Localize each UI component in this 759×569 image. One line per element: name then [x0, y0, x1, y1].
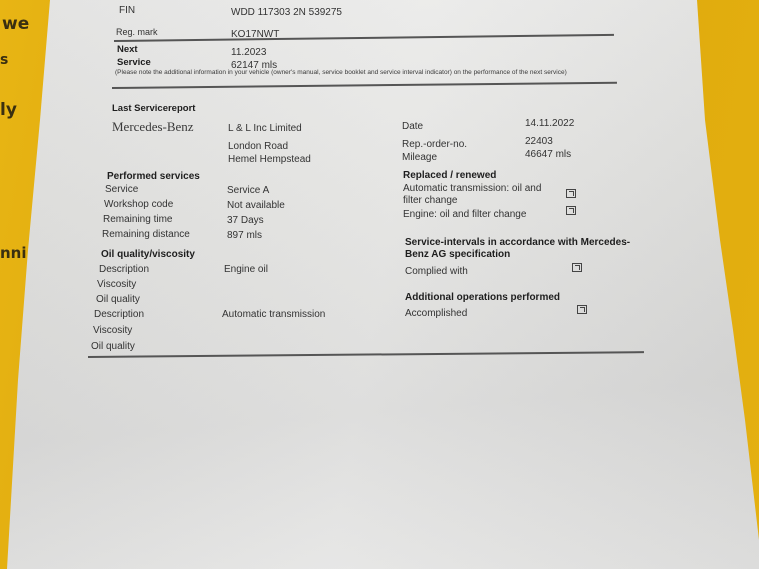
- additional-title: Additional operations performed: [405, 292, 560, 303]
- intervals-status: Complied with: [405, 266, 468, 277]
- order-number-label: Rep.-order-no.: [402, 139, 467, 150]
- next-service-note: (Please note the additional information …: [115, 69, 595, 77]
- service-report-document: FIN WDD 117303 2N 539275 Reg. mark KO17N…: [0, 0, 759, 569]
- reg-mark-label: Reg. mark: [116, 27, 158, 37]
- oil-label: Description: [99, 264, 149, 275]
- mercedes-benz-logo-text: Mercedes-Benz: [112, 119, 194, 135]
- mileage-value: 46647 mls: [525, 149, 571, 160]
- performed-value: Not available: [227, 200, 285, 211]
- last-service-title: Last Servicereport: [112, 103, 195, 114]
- oil-label: Viscosity: [93, 325, 132, 336]
- divider: [114, 34, 614, 42]
- oil-label: Description: [94, 309, 144, 320]
- performed-value: 897 mls: [227, 230, 262, 241]
- performed-label: Remaining time: [103, 214, 172, 225]
- oil-value: Engine oil: [224, 264, 268, 275]
- intervals-title-line1: Service-intervals in accordance with Mer…: [405, 237, 630, 248]
- oil-label: Viscosity: [97, 279, 136, 290]
- performed-label: Workshop code: [104, 199, 173, 210]
- next-service-date: 11.2023: [231, 47, 266, 58]
- oil-value: Automatic transmission: [222, 309, 325, 320]
- performed-value: 37 Days: [227, 215, 264, 226]
- checkbox-checked-icon: [566, 206, 576, 215]
- date-label: Date: [402, 121, 423, 132]
- dealer-street: London Road: [228, 141, 288, 152]
- service-label: Service: [117, 57, 151, 68]
- fin-value: WDD 117303 2N 539275: [231, 7, 342, 18]
- checkbox-checked-icon: [572, 263, 582, 272]
- performed-value: Service A: [227, 185, 269, 196]
- replaced-title: Replaced / renewed: [403, 170, 496, 181]
- order-number-value: 22403: [525, 136, 553, 147]
- fin-label: FIN: [119, 5, 135, 16]
- oil-title: Oil quality/viscosity: [101, 249, 195, 260]
- next-label: Next: [117, 44, 138, 55]
- dealer-name: L & L Inc Limited: [228, 123, 302, 134]
- intervals-title-line2: Benz AG specification: [405, 249, 510, 260]
- performed-label: Remaining distance: [102, 229, 190, 240]
- divider: [112, 82, 617, 89]
- divider: [88, 351, 644, 357]
- checkbox-checked-icon: [566, 189, 576, 198]
- replaced-item-line1: Engine: oil and filter change: [403, 209, 526, 220]
- dealer-town: Hemel Hempstead: [228, 154, 311, 165]
- oil-label: Oil quality: [96, 294, 140, 305]
- performed-services-title: Performed services: [107, 171, 200, 182]
- date-value: 14.11.2022: [525, 118, 574, 129]
- performed-label: Service: [105, 184, 138, 195]
- checkbox-checked-icon: [577, 305, 587, 314]
- oil-label: Oil quality: [91, 341, 135, 352]
- mileage-label: Mileage: [402, 152, 437, 163]
- additional-status: Accomplished: [405, 308, 467, 319]
- replaced-item-line2: filter change: [403, 195, 457, 206]
- replaced-item-line1: Automatic transmission: oil and: [403, 183, 541, 194]
